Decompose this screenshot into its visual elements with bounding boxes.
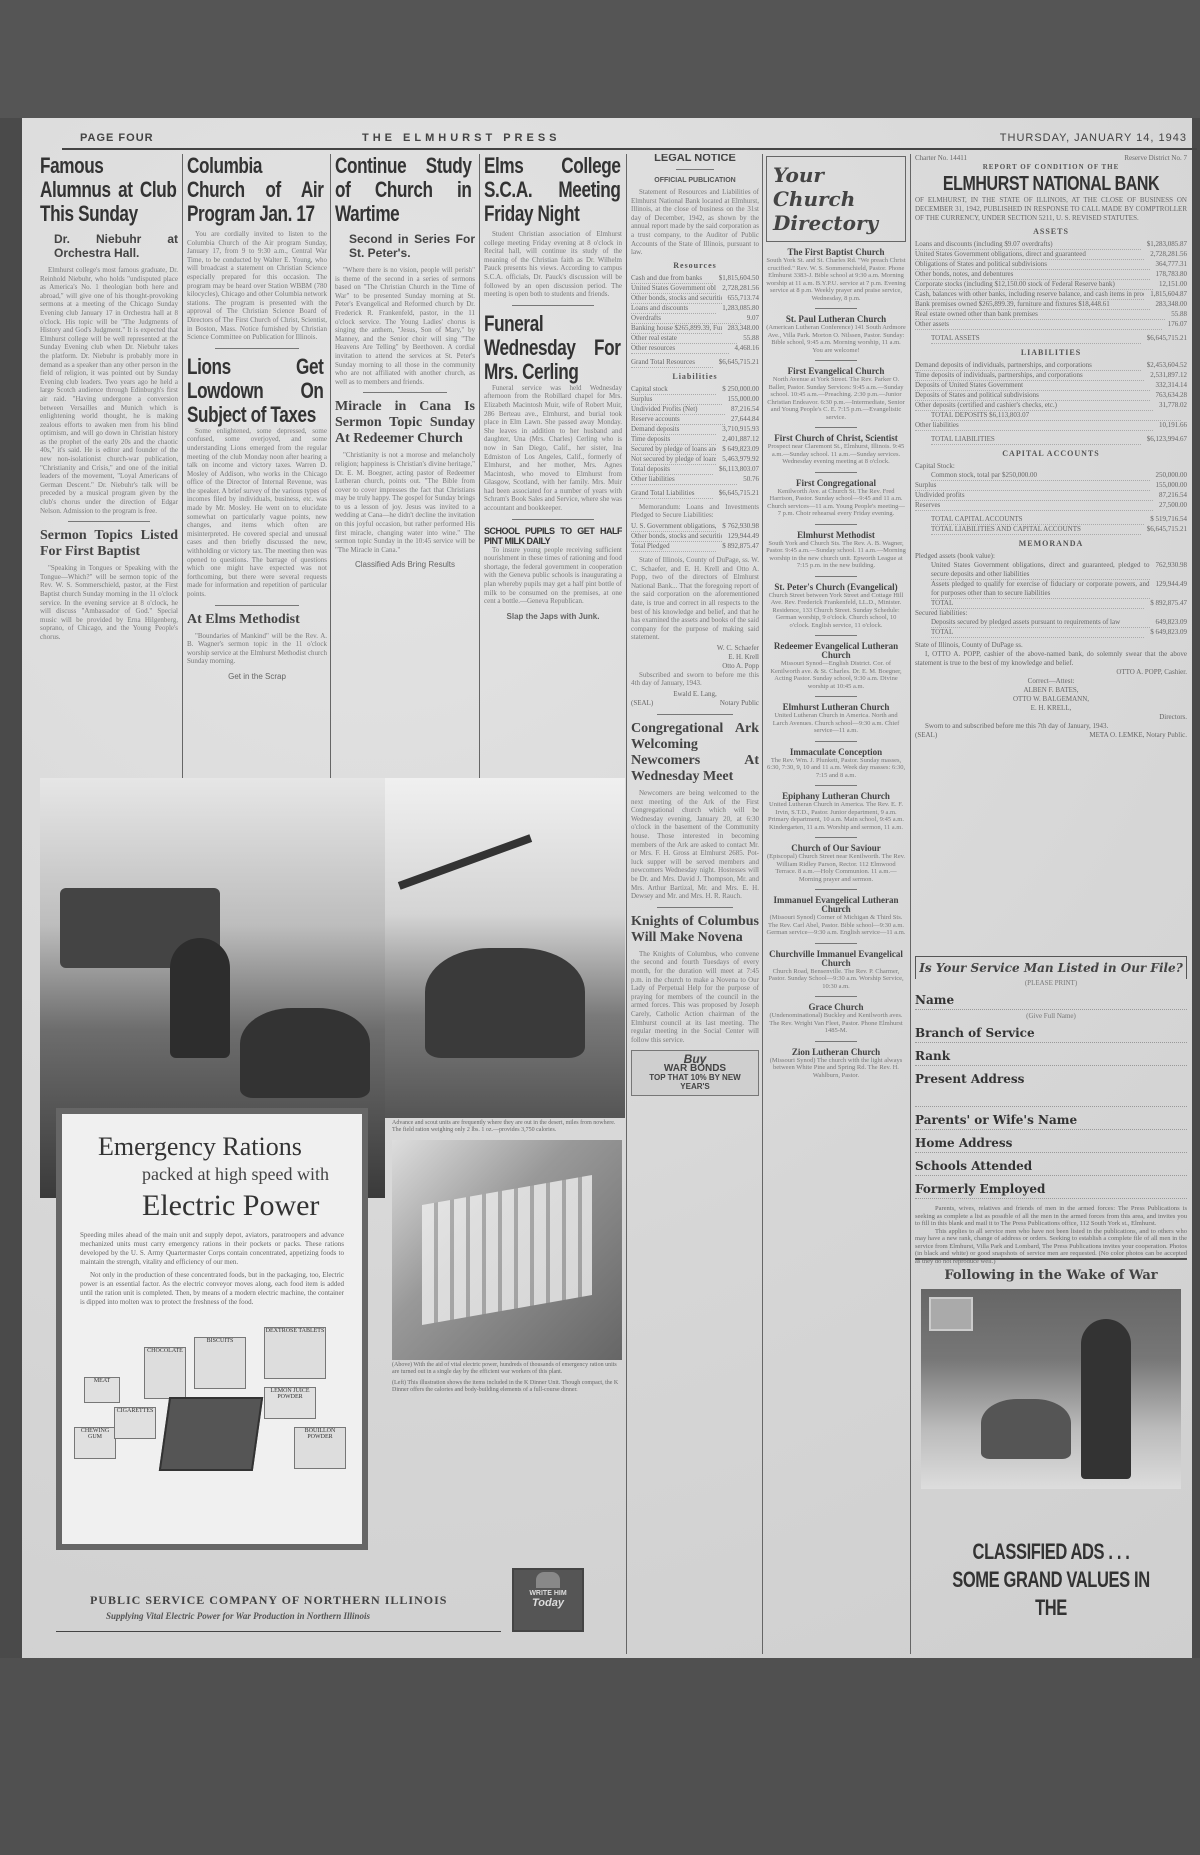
column-rule [910, 154, 911, 1654]
ad-company: PUBLIC SERVICE COMPANY OF NORTHERN ILLIN… [90, 1593, 501, 1608]
table-row: Surplus155,000.00 [631, 395, 759, 405]
legal-notice-intro: Statement of Resources and Liabilities o… [631, 188, 759, 257]
ad-body-1: Speeding miles ahead of the main unit an… [80, 1231, 344, 1267]
classified-line-1: CLASSIFIED ADS . . . [949, 1538, 1153, 1566]
gun-silhouette-icon [398, 834, 532, 889]
church-listing: Epiphany Lutheran ChurchUnited Lutheran … [766, 792, 906, 831]
legal-seal-row: (SEAL)Notary Public [631, 699, 759, 708]
item-chewing-gum: CHEWING GUM [74, 1427, 116, 1459]
divider [815, 360, 857, 361]
emergency-rations-ad: Emergency Rations packed at high speed w… [56, 1108, 368, 1550]
church-directory-header: Your Church Directory [766, 156, 906, 242]
divider [657, 907, 734, 908]
ad-tagline: Supplying Vital Electric Power for War P… [106, 1611, 501, 1621]
table-row: Other resources4,468.16 [631, 344, 759, 354]
headline-elms-methodist: At Elms Methodist [187, 612, 327, 628]
bank-notary-row: (SEAL)META O. LEMKE, Notary Public. [915, 731, 1187, 740]
liabilities-heading: LIABILITIES [915, 348, 1187, 357]
ration-boxes-icon [422, 1175, 592, 1325]
divider [815, 837, 857, 838]
cashier-signature: OTTO A. POPP, Cashier. [915, 668, 1187, 677]
table-row-total: TOTAL$ 649,823.09 [915, 628, 1187, 638]
figure-silhouette-icon [1081, 1319, 1131, 1479]
k-ration-box-icon [159, 1397, 263, 1471]
form-note-1: Parents, wives, relatives and friends of… [915, 1205, 1187, 1228]
church-listing: Immaculate ConceptionThe Rev. Wm. J. Plu… [766, 748, 906, 780]
headline-study-church: Continue Study of Church in Wartime [335, 154, 472, 226]
table-row: Other liabilities10,191.66 [915, 421, 1187, 431]
divider [815, 696, 857, 697]
total-assets-row: TOTAL ASSETS$6,645,715.21 [931, 334, 1187, 344]
pledged-label: Pledged assets (book value): [915, 552, 1187, 561]
scan-border-top [0, 0, 1200, 118]
table-row: United States Government obligations, di… [915, 250, 1187, 260]
headline-miracle-cana: Miracle in Cana Is Sermon Topic Sunday A… [335, 399, 475, 447]
filler-slap-japs: Slap the Japs with Junk. [484, 612, 622, 621]
memoranda-heading: MEMORANDA [915, 539, 1187, 548]
field-branch[interactable]: Branch of Service [915, 1026, 1187, 1043]
table-row: Secured by pledge of loans and/or invest… [631, 445, 759, 455]
ad-footer: PUBLIC SERVICE COMPANY OF NORTHERN ILLIN… [56, 1593, 501, 1643]
total-capital-row: TOTAL CAPITAL ACCOUNTS$ 519,716.54 [915, 515, 1187, 525]
table-row: Deposits secured by pledged assets pursu… [915, 618, 1187, 628]
total-liabilities-row: TOTAL LIABILITIES$6,123,994.67 [931, 435, 1187, 445]
bank-state: State of Illinois, County of DuPage ss. [915, 641, 1187, 650]
table-row: U. S. Government obligations, direct and… [631, 522, 759, 532]
body-lions: Some enlightened, some depressed, some c… [187, 427, 327, 599]
headline-funeral: Funeral Wednesday For Mrs. Cerling [484, 312, 621, 384]
table-row: Deposits of States and political subdivi… [915, 391, 1187, 401]
body-miracle-cana: "Christianity is not a morose and melanc… [335, 451, 475, 554]
factory-photo [392, 1140, 622, 1360]
wake-of-war-section: Following in the Wake of War [915, 1258, 1187, 1510]
table-row: Cash and due from banks$1,815,604.50 [631, 274, 759, 284]
church-listing: Redeemer Evangelical Lutheran ChurchMiss… [766, 642, 906, 690]
table-row: United States Government obligations, di… [915, 561, 1187, 580]
bond-top: TOP THAT 10% BY NEW YEAR'S [636, 1073, 754, 1091]
secured-label: Secured liabilities: [915, 609, 1187, 618]
memorandum-label: Memorandum: Loans and Investments Pledge… [631, 503, 759, 520]
column-rule [182, 154, 183, 794]
table-row: Other deposits (certified and cashier's … [915, 401, 1187, 411]
column-bank-report: Charter No. 14411Reserve District No. 7 … [915, 154, 1187, 874]
masthead-rule [62, 148, 1197, 150]
item-bouillon: BOUILLON POWDER [294, 1427, 346, 1469]
capital-stock-label: Capital Stock: [915, 462, 1187, 471]
photo-caption-low: (Left) This illustration shows the items… [392, 1380, 622, 1394]
gun-crew-photo [385, 778, 625, 1118]
column-study: Continue Study of Church in Wartime Seco… [335, 154, 475, 804]
divider [215, 348, 299, 349]
column-legal-notice: LEGAL NOTICE OFFICIAL PUBLICATION Statem… [631, 154, 759, 1654]
table-row: Demand deposits of individuals, partners… [915, 361, 1187, 371]
divider [815, 943, 857, 944]
church-listing: St. Peter's Church (Evangelical)Church S… [766, 583, 906, 630]
form-title: Is Your Service Man Listed in Our File? [915, 956, 1187, 979]
church-listing: Zion Lutheran Church(Missouri Synod) The… [766, 1048, 906, 1080]
write-him-ad: WRITE HIM Today [512, 1568, 584, 1632]
soldier-silhouette-icon [170, 938, 230, 1058]
headline-lions: Lions Get Lowdown On Subject of Taxes [187, 355, 324, 427]
table-row: Bank premises owned $265,899.39, furnitu… [915, 300, 1187, 310]
table-row-total: TOTAL$ 892,875.47 [915, 599, 1187, 609]
table-row: Other liabilities50.76 [631, 475, 759, 485]
table-row: Undivided profits87,216.54 [915, 491, 1187, 501]
table-row: Other assets176.07 [915, 320, 1187, 330]
subhead-study-church: Second in Series For St. Peter's. [349, 232, 475, 260]
church-listing: Church of Our Saviour(Episcopal) Church … [766, 844, 906, 883]
body-elms-methodist: "Boundaries of Mankind" will be the Rev.… [187, 632, 327, 666]
uncle-sam-icon [536, 1572, 560, 1588]
table-row: Deposits of United States Government332,… [915, 381, 1187, 391]
table-row: Banking house $265,899.39, Furniture and… [631, 324, 759, 334]
table-row: Reserves27,500.00 [915, 501, 1187, 511]
church-listing: The First Baptist ChurchSouth York St. a… [766, 248, 906, 302]
body-knights: The Knights of Columbus, who convene the… [631, 950, 759, 1045]
capital-heading: CAPITAL ACCOUNTS [915, 449, 1187, 458]
ad-headline-3: Electric Power [142, 1189, 362, 1223]
assets-heading: ASSETS [915, 227, 1187, 236]
column-rule [626, 154, 627, 1654]
legal-notice-subtitle: OFFICIAL PUBLICATION [631, 176, 759, 185]
headline-elms-sca: Elms College S.C.A. Meeting Friday Night [484, 154, 621, 226]
bank-name: ELMHURST NATIONAL BANK [942, 172, 1160, 196]
classified-banner: CLASSIFIED ADS . . . SOME GRAND VALUES I… [915, 1538, 1187, 1638]
headline-columbia: Columbia Church of Air Program Jan. 17 [187, 154, 324, 226]
divider [815, 576, 857, 577]
ad-headline-2: packed at high speed with [142, 1164, 362, 1185]
column-elms-sca: Elms College S.C.A. Meeting Friday Night… [484, 154, 622, 804]
divider [815, 785, 857, 786]
church-listing: St. Paul Lutheran Church(American Luther… [766, 315, 906, 354]
ad-body-2: Not only in the production of these conc… [80, 1271, 344, 1307]
divider [815, 889, 857, 890]
body-sermon-baptist: "Speaking in Tongues or Speaking with th… [40, 564, 178, 641]
column-church-directory: Your Church Directory The First Baptist … [766, 154, 906, 1654]
table-row: Obligations of States and political subd… [915, 260, 1187, 270]
crowd-silhouette-icon [981, 1399, 1071, 1459]
field-schools[interactable]: Schools Attended [915, 1159, 1187, 1176]
headline-knights: Knights of Columbus Will Make Novena [631, 914, 759, 946]
divider [363, 392, 447, 393]
liabilities-heading: Liabilities [631, 372, 759, 381]
table-row: Other real estate55.88 [631, 334, 759, 344]
legal-sworn: Subscribed and sworn to before me this 4… [631, 671, 759, 688]
filler-classified-results: Classified Ads Bring Results [335, 560, 475, 569]
column-columbia: Columbia Church of Air Program Jan. 17 Y… [187, 154, 327, 804]
item-meat: MEAT [84, 1377, 120, 1403]
church-directory-title: Your Church Directory [773, 163, 899, 235]
table-row: Assets pledged to qualify for exercise o… [915, 580, 1187, 599]
item-biscuits: BISCUITS [194, 1337, 246, 1389]
divider [68, 521, 151, 522]
body-columbia: You are cordially invited to listen to t… [187, 230, 327, 342]
table-row: Loans and discounts (including $9.07 ove… [915, 240, 1187, 250]
table-row: Real estate owned other than bank premis… [915, 310, 1187, 320]
subhead-niebuhr: Dr. Niebuhr at Orchestra Hall. [54, 232, 178, 260]
table-row: Undivided Profits (Net)87,216.54 [631, 405, 759, 415]
please-print: (PLEASE PRINT) [915, 979, 1187, 987]
photo-caption-mid: (Above) With the aid of vital electric p… [392, 1362, 622, 1376]
resources-table: Cash and due from banks$1,815,604.50 Uni… [631, 274, 759, 368]
table-row: Other bonds, stocks and securities129,94… [631, 532, 759, 542]
headline-congregational: Congregational Ark Welcoming Newcomers A… [631, 721, 759, 785]
headline-sermon-baptist: Sermon Topics Listed For First Baptist [40, 528, 178, 560]
bank-charter-row: Charter No. 14411Reserve District No. 7 [915, 154, 1187, 163]
body-funeral: Funeral service was held Wednesday after… [484, 384, 622, 513]
divider [815, 472, 857, 473]
wake-of-war-cartoon [921, 1289, 1181, 1489]
table-row: Corporate stocks (including $12,150.00 s… [915, 280, 1187, 290]
crew-silhouette-icon [425, 948, 585, 1058]
legal-affidavit: State of Illinois, County of DuPage, ss.… [631, 556, 759, 642]
table-row: Not secured by pledge of loans and/or in… [631, 455, 759, 465]
bank-directors: Correct—Attest: ALBEN F. BATES, OTTO W. … [915, 677, 1187, 722]
table-row: Time deposits of individuals, partnershi… [915, 371, 1187, 381]
divider [512, 305, 595, 306]
church-listing: Churchville Immanuel Evangelical ChurchC… [766, 950, 906, 991]
divider [676, 169, 714, 170]
column-niebuhr: Famous Alumnus at Club This Sunday Dr. N… [40, 154, 178, 804]
classified-line-2: SOME GRAND VALUES IN THE [949, 1566, 1153, 1622]
resources-heading: Resources [631, 261, 759, 270]
stamp-icon [929, 1297, 973, 1331]
write-him-label: WRITE HIM [514, 1590, 582, 1597]
divider [815, 524, 857, 525]
church-listing: First Evangelical ChurchNorth Avenue at … [766, 367, 906, 421]
body-school-milk: To insure young people receiving suffici… [484, 546, 622, 606]
body-congregational: Newcomers are being welcomed to the next… [631, 789, 759, 901]
church-listing: First CongregationalKenilworth Ave. at C… [766, 479, 906, 518]
table-row: United States Government obligations, di… [631, 284, 759, 294]
newspaper-page: PAGE FOUR THE ELMHURST PRESS THURSDAY, J… [22, 118, 1192, 1658]
item-cigarettes: CIGARETTES [114, 1407, 156, 1439]
table-row: Demand deposits3,710,915.93 [631, 425, 759, 435]
field-name[interactable]: Name [915, 993, 1187, 1010]
war-bonds-ad: Buy WAR BONDS TOP THAT 10% BY NEW YEAR'S [631, 1050, 759, 1096]
field-formerly-employed[interactable]: Formerly Employed [915, 1182, 1187, 1199]
table-row: Other bonds, notes, and debentures178,78… [915, 270, 1187, 280]
table-row: Capital stock$ 250,000.00 [631, 385, 759, 395]
body-elms-sca: Student Christian association of Elmhurs… [484, 230, 622, 299]
bank-sworn: Sworn to and subscribed before me this 7… [915, 722, 1187, 731]
table-row-total: Total Pledged$ 892,875.47 [631, 542, 759, 552]
table-row: Overdrafts9.07 [631, 314, 759, 324]
total-liab-capital-row: TOTAL LIABILITIES AND CAPITAL ACCOUNTS$6… [915, 525, 1187, 535]
church-listing: First Church of Christ, ScientistProspec… [766, 434, 906, 466]
legal-notice-title: LEGAL NOTICE [631, 154, 759, 163]
table-row: Cash, balances with other banks, includi… [915, 290, 1187, 300]
table-row: Common stock, total par $250,000.00250,0… [915, 471, 1187, 481]
table-row: Other bonds, stocks and securities655,71… [631, 294, 759, 304]
table-row: Time deposits2,401,887.12 [631, 435, 759, 445]
church-listing: Elmhurst Lutheran ChurchUnited Lutheran … [766, 703, 906, 735]
field-rank[interactable]: Rank [915, 1049, 1187, 1066]
legal-signers: W. C. Schaefer E. H. Krell Otto A. Popp [631, 644, 759, 671]
table-row: Reserve accounts27,644.84 [631, 415, 759, 425]
column-rule [330, 154, 331, 794]
bond-war-bonds: WAR BONDS [636, 1064, 754, 1073]
table-row: Loans and discounts1,283,085.80 [631, 304, 759, 314]
body-study-church: "Where there is no vision, people will p… [335, 266, 475, 386]
divider [815, 996, 857, 997]
wake-of-war-title: Following in the Wake of War [915, 1268, 1187, 1283]
paper-name: THE ELMHURST PRESS [362, 132, 561, 144]
filler-get-in-scrap: Get in the Scrap [187, 672, 327, 681]
divider [657, 714, 734, 715]
divider [215, 605, 299, 606]
ad-footer-rule [56, 1631, 501, 1632]
soldiers-group-silhouette-icon [240, 1008, 370, 1098]
scan-border-bottom [0, 1658, 1200, 1855]
headline-school-milk: SCHOOL PUPILS TO GET HALF PINT MILK DAIL… [484, 526, 622, 546]
field-parents-wife[interactable]: Parents' or Wife's Name [915, 1113, 1187, 1130]
table-row-total: Grand Total Liabilities$6,645,715.21 [631, 489, 759, 499]
field-present-address[interactable]: Present Address [915, 1072, 1187, 1107]
bank-intro: OF ELMHURST, IN THE STATE OF ILLINOIS, A… [915, 196, 1187, 223]
masthead: PAGE FOUR THE ELMHURST PRESS THURSDAY, J… [62, 132, 1197, 148]
page-number: PAGE FOUR [80, 132, 154, 144]
table-row: Total deposits$6,113,803.07 [631, 465, 759, 475]
column-rule [762, 154, 763, 1654]
divider [815, 635, 857, 636]
ration-items-illustration: MEAT CHOCOLATE CHEWING GUM BISCUITS DEXT… [74, 1317, 350, 1487]
liabilities-table: Capital stock$ 250,000.00 Surplus155,000… [631, 385, 759, 499]
church-listing: Elmhurst MethodistSouth York and Church … [766, 531, 906, 570]
issue-date: THURSDAY, JANUARY 14, 1943 [1000, 132, 1187, 144]
service-man-form: Is Your Service Man Listed in Our File? … [915, 956, 1187, 1248]
column-rule [479, 154, 480, 794]
table-row: TOTAL DEPOSITS $6,113,803.07 [915, 411, 1187, 421]
photo-caption-top: Advance and scout units are frequently w… [392, 1120, 622, 1134]
ad-headline-1: Emergency Rations [98, 1132, 362, 1162]
bank-report-of: REPORT OF CONDITION OF THE [915, 163, 1187, 172]
divider [815, 1041, 857, 1042]
divider [815, 741, 857, 742]
divider [512, 519, 595, 520]
legal-notary-name: Ewald E. Lang, [631, 690, 759, 699]
divider [815, 427, 857, 428]
field-name-hint: (Give Full Name) [915, 1012, 1187, 1020]
body-niebuhr: Elmhurst college's most famous graduate,… [40, 266, 178, 515]
today-label: Today [514, 1597, 582, 1609]
divider [815, 308, 857, 309]
item-lemon-juice: LEMON JUICE POWDER [264, 1387, 316, 1419]
church-listing: Grace Church(Undenominational) Buckley a… [766, 1003, 906, 1035]
item-chocolate: CHOCOLATE [144, 1347, 186, 1399]
church-listing: Immanuel Evangelical Lutheran Church(Mis… [766, 896, 906, 937]
table-row-total: Grand Total Resources$6,645,715.21 [631, 358, 759, 368]
bank-oath: I, OTTO A. POPP, cashier of the above-na… [915, 650, 1187, 668]
table-row: Surplus155,000.00 [915, 481, 1187, 491]
field-home-address[interactable]: Home Address [915, 1136, 1187, 1153]
headline-niebuhr: Famous Alumnus at Club This Sunday [40, 154, 177, 226]
item-dextrose: DEXTROSE TABLETS [264, 1327, 326, 1379]
